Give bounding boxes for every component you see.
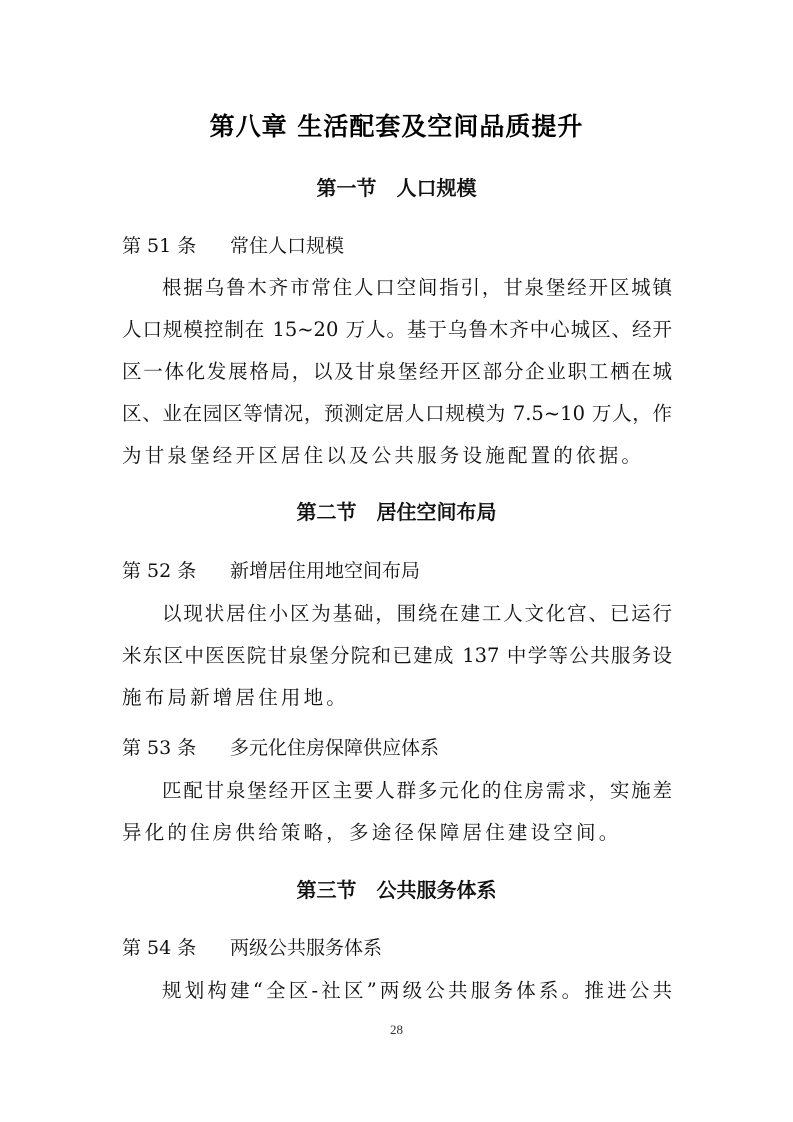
paragraph-line: 异化的住房供给策略，多途径保障居住建设空间。 <box>122 817 672 845</box>
paragraph-line: 根据乌鲁木齐市常住人口空间指引，甘泉堡经开区城镇 <box>162 272 672 300</box>
section-title-residential: 第二节 居住空间布局 <box>0 496 793 525</box>
article-54-heading: 第 54 条两级公共服务体系 <box>122 933 382 960</box>
paragraph-line: 人口规模控制在 15~20 万人。基于乌鲁木齐中心城区、经开 <box>122 314 672 342</box>
article-title: 新增居住用地空间布局 <box>230 560 420 582</box>
article-number: 第 53 条 <box>122 733 230 760</box>
paragraph-line: 匹配甘泉堡经开区主要人群多元化的住房需求，实施差 <box>162 775 672 803</box>
article-title: 多元化住房保障供应体系 <box>230 737 439 759</box>
document-page: 第八章 生活配套及空间品质提升 第一节 人口规模 第 51 条常住人口规模 根据… <box>0 0 793 1122</box>
article-53-heading: 第 53 条多元化住房保障供应体系 <box>122 733 439 760</box>
paragraph-line: 区、业在园区等情况，预测定居人口规模为 7.5~10 万人，作 <box>122 398 672 426</box>
paragraph-line: 规划构建“全区-社区”两级公共服务体系。推进公共 <box>162 975 672 1003</box>
article-title: 两级公共服务体系 <box>230 937 382 959</box>
chapter-title: 第八章 生活配套及空间品质提升 <box>0 107 793 143</box>
article-52-heading: 第 52 条新增居住用地空间布局 <box>122 556 420 583</box>
article-number: 第 52 条 <box>122 556 230 583</box>
paragraph-line: 米东区中医医院甘泉堡分院和已建成 137 中学等公共服务设 <box>122 640 672 668</box>
paragraph-line: 以现状居住小区为基础，围绕在建工人文化宫、已运行 <box>162 598 672 626</box>
paragraph-line: 区一体化发展格局，以及甘泉堡经开区部分企业职工栖在城 <box>122 356 672 384</box>
section-title-public-services: 第三节 公共服务体系 <box>0 874 793 903</box>
paragraph-line: 为甘泉堡经开区居住以及公共服务设施配置的依据。 <box>122 440 672 468</box>
paragraph-line: 施布局新增居住用地。 <box>122 682 672 710</box>
article-51-heading: 第 51 条常住人口规模 <box>122 231 344 258</box>
article-title: 常住人口规模 <box>230 235 344 257</box>
article-number: 第 54 条 <box>122 933 230 960</box>
page-number: 28 <box>0 1022 793 1038</box>
article-number: 第 51 条 <box>122 231 230 258</box>
section-title-population: 第一节 人口规模 <box>0 172 793 201</box>
